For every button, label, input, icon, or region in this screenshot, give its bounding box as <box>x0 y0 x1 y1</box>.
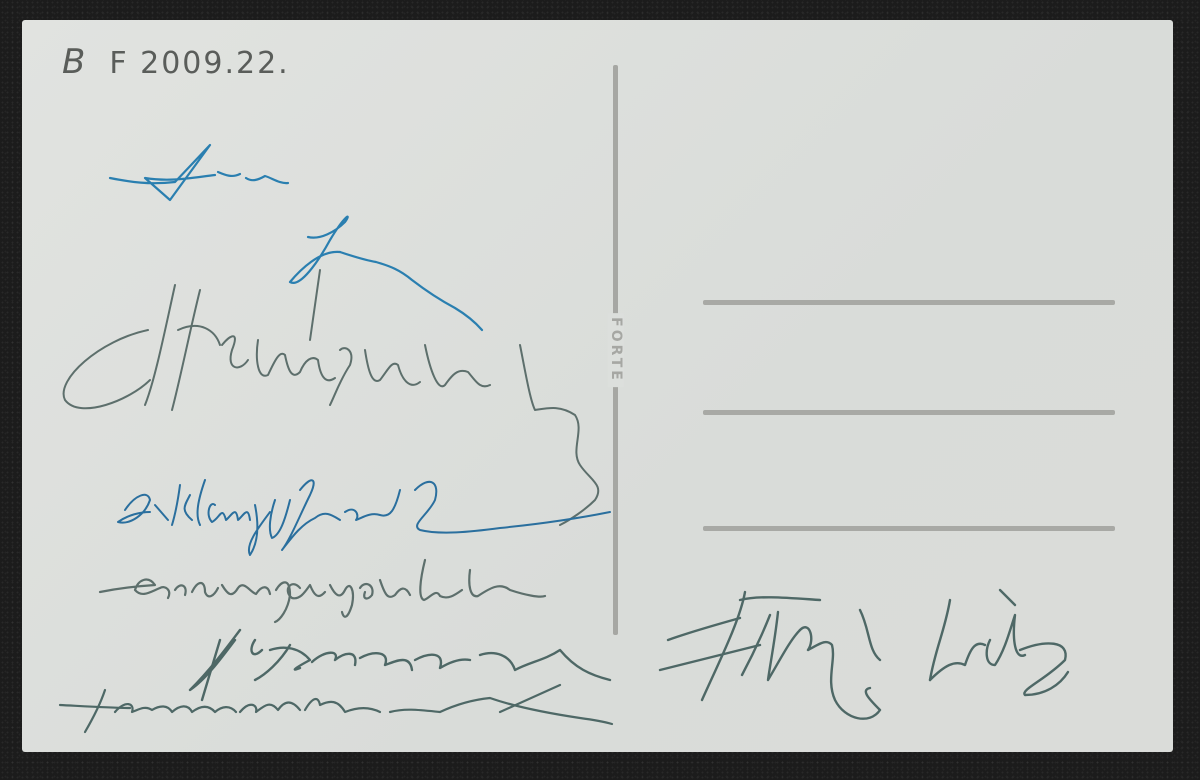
signature-3 <box>118 480 610 555</box>
signature-4 <box>100 560 545 622</box>
signature-2 <box>64 270 599 525</box>
signature-6 <box>60 685 612 732</box>
signatures-layer <box>0 0 1200 780</box>
signature-1 <box>110 145 482 330</box>
signature-7 <box>660 590 1068 719</box>
signature-5 <box>190 630 610 700</box>
